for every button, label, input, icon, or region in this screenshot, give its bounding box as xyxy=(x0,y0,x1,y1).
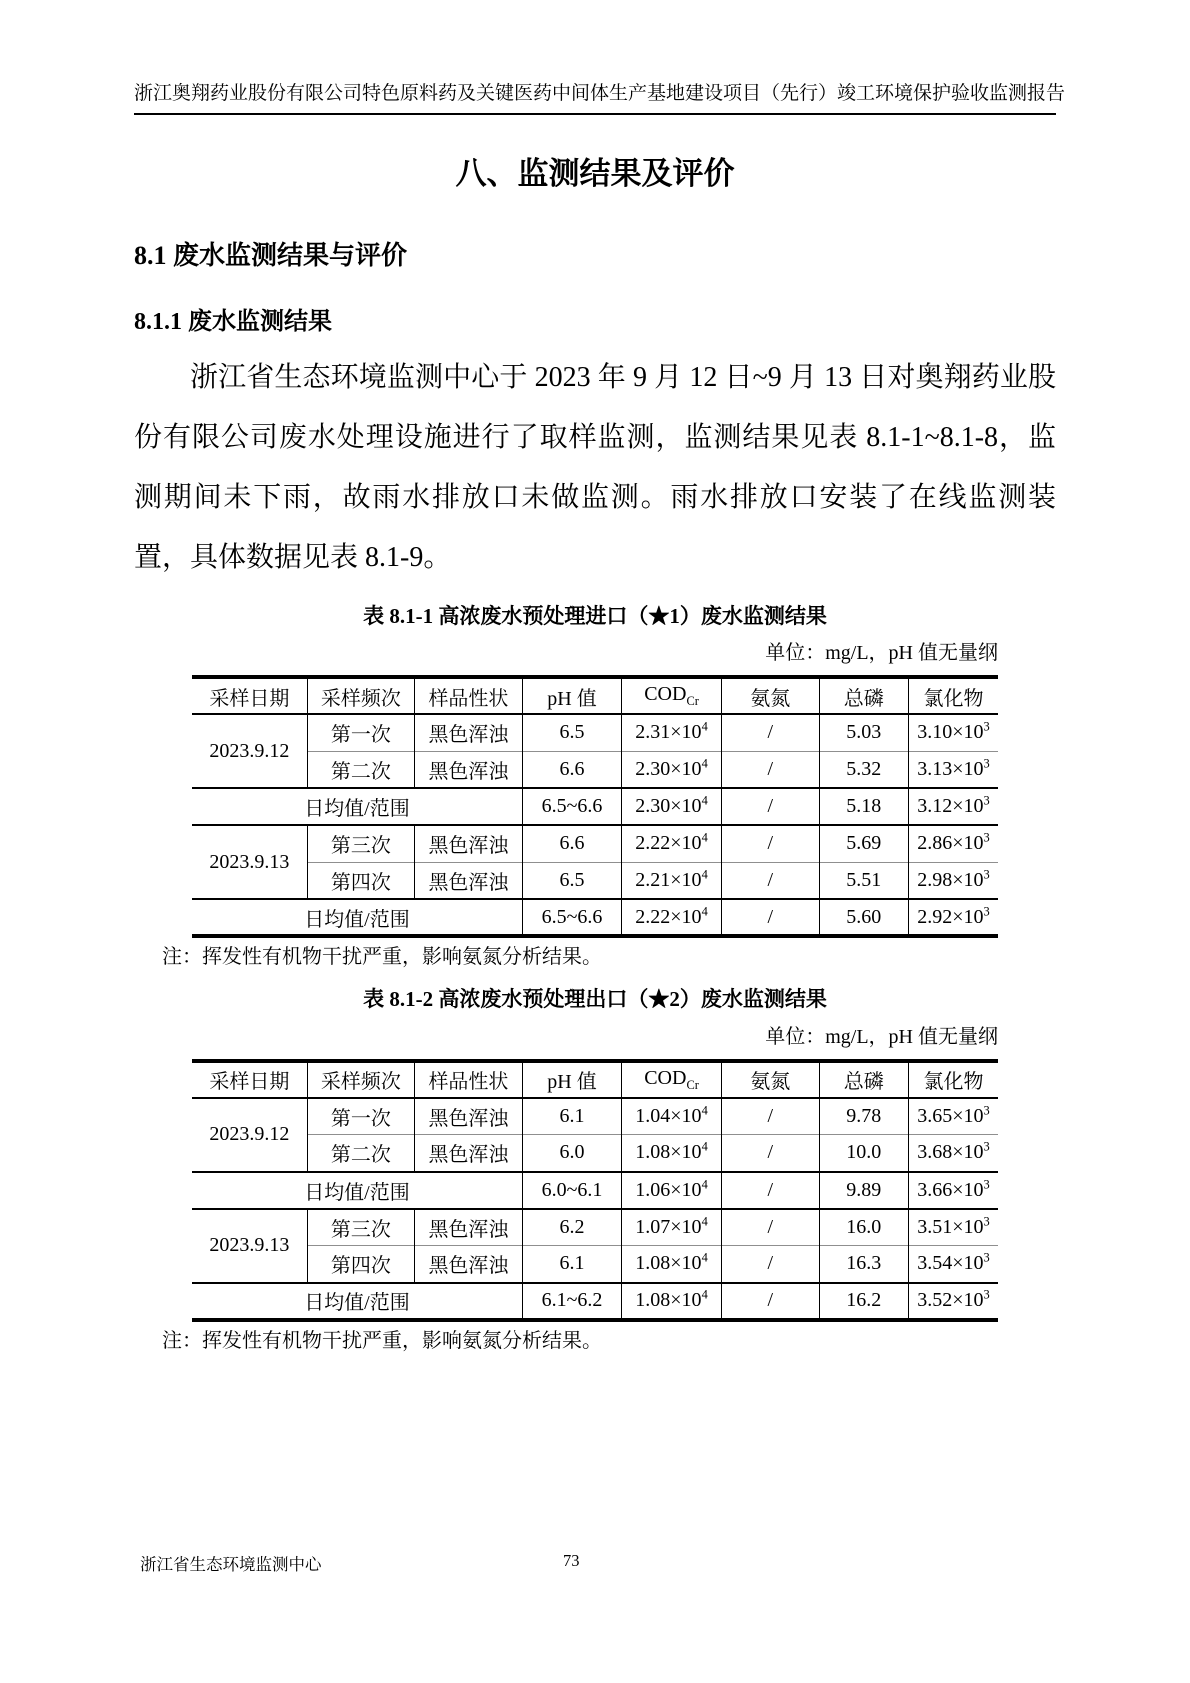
superscript: 3 xyxy=(984,1251,990,1265)
daily-average-label-cell: 日均值/范围 xyxy=(192,899,522,936)
value-cell: 2.22×104 xyxy=(622,899,722,936)
value-cell: / xyxy=(722,1098,820,1135)
header-row: 采样日期采样频次样品性状pH 值CODCr氨氮总磷氯化物 xyxy=(192,677,998,714)
value-cell: 1.08×104 xyxy=(622,1246,722,1283)
value-cell: 1.08×104 xyxy=(622,1283,722,1320)
header-cell: 样品性状 xyxy=(414,677,522,714)
value-cell: 3.51×103 xyxy=(908,1209,998,1246)
date-cell: 2023.9.13 xyxy=(192,825,307,899)
superscript: 4 xyxy=(702,831,708,845)
value-cell: 3.13×103 xyxy=(908,751,998,788)
section-heading: 8.1 废水监测结果与评价 xyxy=(134,239,1056,273)
value-cell: 6.0~6.1 xyxy=(522,1172,621,1209)
superscript: 3 xyxy=(984,831,990,845)
appearance-cell: 黑色浑浊 xyxy=(414,714,522,751)
sample-row: 第二次黑色浑浊6.01.08×104/10.03.68×103 xyxy=(192,1135,998,1172)
superscript: 4 xyxy=(702,1251,708,1265)
header-cell: 采样频次 xyxy=(307,1061,414,1098)
value-cell: / xyxy=(722,899,820,936)
superscript: 3 xyxy=(984,1140,990,1154)
value-cell: 6.1~6.2 xyxy=(522,1283,621,1320)
superscript: 3 xyxy=(984,904,990,918)
sample-row: 2023.9.13第三次黑色浑浊6.62.22×104/5.692.86×103 xyxy=(192,825,998,862)
value-cell: 6.5 xyxy=(522,714,621,751)
value-cell: 2.21×104 xyxy=(622,862,722,899)
value-cell: 2.92×103 xyxy=(908,899,998,936)
value-cell: 1.07×104 xyxy=(622,1209,722,1246)
tables-container: 表 8.1-1 高浓废水预处理进口（★1）废水监测结果单位：mg/L，pH 值无… xyxy=(134,602,1056,1355)
sample-row: 第四次黑色浑浊6.52.21×104/5.512.98×103 xyxy=(192,862,998,899)
table-unit-note: 单位：mg/L，pH 值无量纲 xyxy=(192,1024,998,1051)
value-cell: 5.03 xyxy=(819,714,908,751)
monitoring-table: 采样日期采样频次样品性状pH 值CODCr氨氮总磷氯化物2023.9.12第一次… xyxy=(192,1059,998,1322)
sample-row: 2023.9.12第一次黑色浑浊6.52.31×104/5.033.10×103 xyxy=(192,714,998,751)
appearance-cell: 黑色浑浊 xyxy=(414,1135,522,1172)
table-body: 2023.9.12第一次黑色浑浊6.11.04×104/9.783.65×103… xyxy=(192,1098,998,1320)
superscript: 3 xyxy=(984,1103,990,1117)
superscript: 3 xyxy=(984,1214,990,1228)
value-cell: 6.5~6.6 xyxy=(522,899,621,936)
value-cell: 3.12×103 xyxy=(908,788,998,825)
frequency-cell: 第四次 xyxy=(307,862,414,899)
superscript: 3 xyxy=(984,1287,990,1301)
daily-average-label-cell: 日均值/范围 xyxy=(192,788,522,825)
header-cell: CODCr xyxy=(622,677,722,714)
header-cell: 总磷 xyxy=(819,1061,908,1098)
frequency-cell: 第一次 xyxy=(307,1098,414,1135)
value-cell: 6.1 xyxy=(522,1098,621,1135)
daily-average-row: 日均值/范围6.5~6.62.22×104/5.602.92×103 xyxy=(192,899,998,936)
footer-page-number: 73 xyxy=(563,1551,580,1571)
value-cell: 6.1 xyxy=(522,1246,621,1283)
superscript: 4 xyxy=(702,756,708,770)
appearance-cell: 黑色浑浊 xyxy=(414,1246,522,1283)
running-header: 浙江奥翔药业股份有限公司特色原料药及关键医药中间体生产基地建设项目（先行）竣工环… xyxy=(134,0,1056,115)
intro-paragraph: 浙江省生态环境监测中心于 2023 年 9 月 12 日~9 月 13 日对奥翔… xyxy=(134,348,1056,588)
header-cell: pH 值 xyxy=(522,677,621,714)
value-cell: 1.06×104 xyxy=(622,1172,722,1209)
value-cell: 2.98×103 xyxy=(908,862,998,899)
daily-average-row: 日均值/范围6.0~6.11.06×104/9.893.66×103 xyxy=(192,1172,998,1209)
daily-average-row: 日均值/范围6.5~6.62.30×104/5.183.12×103 xyxy=(192,788,998,825)
value-cell: 1.04×104 xyxy=(622,1098,722,1135)
header-cell: 氯化物 xyxy=(908,1061,998,1098)
appearance-cell: 黑色浑浊 xyxy=(414,862,522,899)
value-cell: / xyxy=(722,1209,820,1246)
value-cell: / xyxy=(722,1135,820,1172)
header-cell: 氯化物 xyxy=(908,677,998,714)
table-body: 2023.9.12第一次黑色浑浊6.52.31×104/5.033.10×103… xyxy=(192,714,998,936)
superscript: 4 xyxy=(702,904,708,918)
value-cell: 6.2 xyxy=(522,1209,621,1246)
value-cell: 3.65×103 xyxy=(908,1098,998,1135)
value-cell: 5.18 xyxy=(819,788,908,825)
value-cell: / xyxy=(722,1283,820,1320)
header-cell: 样品性状 xyxy=(414,1061,522,1098)
superscript: 4 xyxy=(702,867,708,881)
value-cell: 2.30×104 xyxy=(622,788,722,825)
report-page: 浙江奥翔药业股份有限公司特色原料药及关键医药中间体生产基地建设项目（先行）竣工环… xyxy=(0,0,1190,1683)
table-unit-note: 单位：mg/L，pH 值无量纲 xyxy=(192,640,998,667)
superscript: 4 xyxy=(702,720,708,734)
value-cell: 3.10×103 xyxy=(908,714,998,751)
value-cell: / xyxy=(722,1172,820,1209)
frequency-cell: 第一次 xyxy=(307,714,414,751)
table-caption: 表 8.1-1 高浓废水预处理进口（★1）废水监测结果 xyxy=(134,602,1056,630)
value-cell: 3.66×103 xyxy=(908,1172,998,1209)
value-cell: 16.0 xyxy=(819,1209,908,1246)
superscript: 3 xyxy=(984,756,990,770)
value-cell: 2.31×104 xyxy=(622,714,722,751)
value-cell: 2.86×103 xyxy=(908,825,998,862)
date-cell: 2023.9.12 xyxy=(192,1098,307,1172)
daily-average-row: 日均值/范围6.1~6.21.08×104/16.23.52×103 xyxy=(192,1283,998,1320)
monitoring-table-block-1: 表 8.1-1 高浓废水预处理进口（★1）废水监测结果单位：mg/L，pH 值无… xyxy=(134,602,1056,971)
date-cell: 2023.9.13 xyxy=(192,1209,307,1283)
value-cell: 3.54×103 xyxy=(908,1246,998,1283)
value-cell: 16.2 xyxy=(819,1283,908,1320)
value-cell: / xyxy=(722,714,820,751)
superscript: 4 xyxy=(702,1140,708,1154)
value-cell: / xyxy=(722,862,820,899)
value-cell: 6.5~6.6 xyxy=(522,788,621,825)
sample-row: 第四次黑色浑浊6.11.08×104/16.33.54×103 xyxy=(192,1246,998,1283)
value-cell: / xyxy=(722,788,820,825)
header-subscript: Cr xyxy=(686,1078,698,1092)
value-cell: 2.30×104 xyxy=(622,751,722,788)
superscript: 4 xyxy=(702,1214,708,1228)
value-cell: 5.60 xyxy=(819,899,908,936)
superscript: 3 xyxy=(984,1177,990,1191)
value-cell: 6.0 xyxy=(522,1135,621,1172)
header-cell: 氨氮 xyxy=(722,677,820,714)
sample-row: 2023.9.13第三次黑色浑浊6.21.07×104/16.03.51×103 xyxy=(192,1209,998,1246)
daily-average-label-cell: 日均值/范围 xyxy=(192,1283,522,1320)
value-cell: 3.68×103 xyxy=(908,1135,998,1172)
date-cell: 2023.9.12 xyxy=(192,714,307,788)
table-head: 采样日期采样频次样品性状pH 值CODCr氨氮总磷氯化物 xyxy=(192,1061,998,1098)
value-cell: 9.78 xyxy=(819,1098,908,1135)
monitoring-table: 采样日期采样频次样品性状pH 值CODCr氨氮总磷氯化物2023.9.12第一次… xyxy=(192,675,998,938)
value-cell: 5.32 xyxy=(819,751,908,788)
subsection-heading: 8.1.1 废水监测结果 xyxy=(134,307,1056,338)
header-subscript: Cr xyxy=(686,694,698,708)
superscript: 3 xyxy=(984,794,990,808)
value-cell: 10.0 xyxy=(819,1135,908,1172)
superscript: 3 xyxy=(984,720,990,734)
appearance-cell: 黑色浑浊 xyxy=(414,751,522,788)
header-cell: 采样频次 xyxy=(307,677,414,714)
header-cell: 氨氮 xyxy=(722,1061,820,1098)
header-cell: pH 值 xyxy=(522,1061,621,1098)
value-cell: / xyxy=(722,751,820,788)
value-cell: 5.51 xyxy=(819,862,908,899)
header-row: 采样日期采样频次样品性状pH 值CODCr氨氮总磷氯化物 xyxy=(192,1061,998,1098)
superscript: 3 xyxy=(984,867,990,881)
frequency-cell: 第二次 xyxy=(307,1135,414,1172)
value-cell: 1.08×104 xyxy=(622,1135,722,1172)
frequency-cell: 第三次 xyxy=(307,825,414,862)
superscript: 4 xyxy=(702,1103,708,1117)
frequency-cell: 第四次 xyxy=(307,1246,414,1283)
superscript: 4 xyxy=(702,794,708,808)
header-cell: 采样日期 xyxy=(192,677,307,714)
sample-row: 2023.9.12第一次黑色浑浊6.11.04×104/9.783.65×103 xyxy=(192,1098,998,1135)
frequency-cell: 第二次 xyxy=(307,751,414,788)
appearance-cell: 黑色浑浊 xyxy=(414,1209,522,1246)
table-note: 注：挥发性有机物干扰严重，影响氨氮分析结果。 xyxy=(162,944,1028,971)
footer-organization: 浙江省生态环境监测中心 xyxy=(140,1551,322,1575)
table-caption: 表 8.1-2 高浓废水预处理出口（★2）废水监测结果 xyxy=(134,985,1056,1013)
value-cell: 3.52×103 xyxy=(908,1283,998,1320)
frequency-cell: 第三次 xyxy=(307,1209,414,1246)
value-cell: / xyxy=(722,825,820,862)
appearance-cell: 黑色浑浊 xyxy=(414,1098,522,1135)
superscript: 4 xyxy=(702,1177,708,1191)
monitoring-table-block-2: 表 8.1-2 高浓废水预处理出口（★2）废水监测结果单位：mg/L，pH 值无… xyxy=(134,985,1056,1354)
value-cell: 6.6 xyxy=(522,751,621,788)
daily-average-label-cell: 日均值/范围 xyxy=(192,1172,522,1209)
value-cell: 2.22×104 xyxy=(622,825,722,862)
appearance-cell: 黑色浑浊 xyxy=(414,825,522,862)
value-cell: / xyxy=(722,1246,820,1283)
chapter-title: 八、监测结果及评价 xyxy=(134,153,1056,195)
header-cell: 采样日期 xyxy=(192,1061,307,1098)
sample-row: 第二次黑色浑浊6.62.30×104/5.323.13×103 xyxy=(192,751,998,788)
superscript: 4 xyxy=(702,1287,708,1301)
value-cell: 6.6 xyxy=(522,825,621,862)
table-head: 采样日期采样频次样品性状pH 值CODCr氨氮总磷氯化物 xyxy=(192,677,998,714)
table-note: 注：挥发性有机物干扰严重，影响氨氮分析结果。 xyxy=(162,1328,1028,1355)
value-cell: 9.89 xyxy=(819,1172,908,1209)
header-cell: CODCr xyxy=(622,1061,722,1098)
value-cell: 5.69 xyxy=(819,825,908,862)
value-cell: 6.5 xyxy=(522,862,621,899)
header-cell: 总磷 xyxy=(819,677,908,714)
value-cell: 16.3 xyxy=(819,1246,908,1283)
